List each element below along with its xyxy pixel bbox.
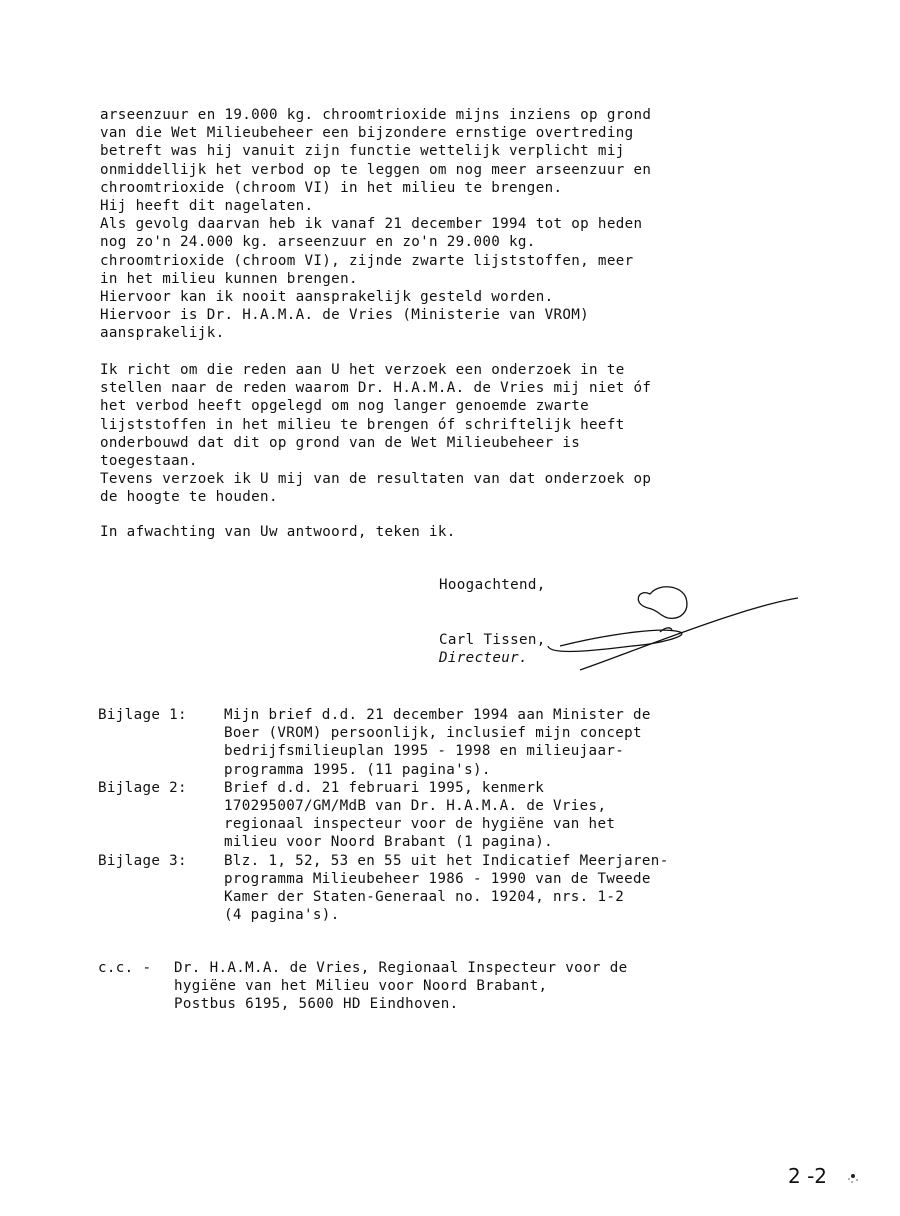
enclosure-description: Mijn brief d.d. 21 december 1994 aan Min… bbox=[224, 706, 651, 779]
text-line: Postbus 6195, 5600 HD Eindhoven. bbox=[174, 995, 627, 1013]
cc-recipient: Dr. H.A.M.A. de Vries, Regionaal Inspect… bbox=[174, 959, 627, 1014]
text-line: het verbod heeft opgelegd om nog langer … bbox=[100, 397, 651, 415]
text-line: onderbouwd dat dit op grond van de Wet M… bbox=[100, 434, 651, 452]
text-line: Tevens verzoek ik U mij van de resultate… bbox=[100, 470, 651, 488]
enclosure-label: Bijlage 2: bbox=[98, 779, 224, 852]
enclosure-label: Bijlage 1: bbox=[98, 706, 224, 779]
text-line: nog zo'n 24.000 kg. arseenzuur en zo'n 2… bbox=[100, 233, 651, 251]
text-line: 170295007/GM/MdB van Dr. H.A.M.A. de Vri… bbox=[224, 797, 615, 815]
text-line: Mijn brief d.d. 21 december 1994 aan Min… bbox=[224, 706, 651, 724]
text-line: van die Wet Milieubeheer een bijzondere … bbox=[100, 124, 651, 142]
text-line: Blz. 1, 52, 53 en 55 uit het Indicatief … bbox=[224, 852, 669, 870]
text-line: In afwachting van Uw antwoord, teken ik. bbox=[100, 523, 456, 541]
page-number: 2 -2 bbox=[788, 1164, 827, 1188]
text-line: Ik richt om die reden aan U het verzoek … bbox=[100, 361, 651, 379]
text-line: programma Milieubeheer 1986 - 1990 van d… bbox=[224, 870, 669, 888]
signer-block: Carl Tissen, Directeur. bbox=[439, 631, 546, 667]
text-line: Kamer der Staten-Generaal no. 19204, nrs… bbox=[224, 888, 669, 906]
paragraph-awaiting: In afwachting van Uw antwoord, teken ik. bbox=[100, 523, 456, 541]
text-line: programma 1995. (11 pagina's). bbox=[224, 761, 651, 779]
text-line: aansprakelijk. bbox=[100, 324, 651, 342]
text-line: Boer (VROM) persoonlijk, inclusief mijn … bbox=[224, 724, 651, 742]
handwritten-signature bbox=[540, 576, 810, 676]
text-line: Hiervoor is Dr. H.A.M.A. de Vries (Minis… bbox=[100, 306, 651, 324]
paragraph-request: Ik richt om die reden aan U het verzoek … bbox=[100, 361, 651, 507]
text-line: milieu voor Noord Brabant (1 pagina). bbox=[224, 833, 615, 851]
text-line: betreft was hij vanuit zijn functie wett… bbox=[100, 142, 651, 160]
text-line: hygiëne van het Milieu voor Noord Braban… bbox=[174, 977, 627, 995]
enclosure-item: Bijlage 1:Mijn brief d.d. 21 december 19… bbox=[98, 706, 669, 779]
text-line: Als gevolg daarvan heb ik vanaf 21 decem… bbox=[100, 215, 651, 233]
closing-salutation: Hoogachtend, bbox=[439, 576, 546, 594]
enclosure-item: Bijlage 3:Blz. 1, 52, 53 en 55 uit het I… bbox=[98, 852, 669, 925]
text-line: arseenzuur en 19.000 kg. chroomtrioxide … bbox=[100, 106, 651, 124]
stamp-mark-icon bbox=[846, 1170, 860, 1184]
text-line: bedrijfsmilieuplan 1995 - 1998 en milieu… bbox=[224, 742, 651, 760]
text-line: chroomtrioxide (chroom VI) in het milieu… bbox=[100, 179, 651, 197]
text-line: Brief d.d. 21 februari 1995, kenmerk bbox=[224, 779, 615, 797]
text-line: chroomtrioxide (chroom VI), zijnde zwart… bbox=[100, 252, 651, 270]
enclosure-description: Brief d.d. 21 februari 1995, kenmerk1702… bbox=[224, 779, 615, 852]
text-line: onmiddellijk het verbod op te leggen om … bbox=[100, 161, 651, 179]
enclosure-description: Blz. 1, 52, 53 en 55 uit het Indicatief … bbox=[224, 852, 669, 925]
carbon-copy: c.c. - Dr. H.A.M.A. de Vries, Regionaal … bbox=[98, 959, 627, 1014]
letter-page: arseenzuur en 19.000 kg. chroomtrioxide … bbox=[0, 0, 900, 1216]
text-line: regionaal inspecteur voor de hygiëne van… bbox=[224, 815, 615, 833]
text-line: stellen naar de reden waarom Dr. H.A.M.A… bbox=[100, 379, 651, 397]
text-line: Hij heeft dit nagelaten. bbox=[100, 197, 651, 215]
enclosure-label: Bijlage 3: bbox=[98, 852, 224, 925]
enclosure-item: Bijlage 2:Brief d.d. 21 februari 1995, k… bbox=[98, 779, 669, 852]
text-line: lijststoffen in het milieu te brengen óf… bbox=[100, 416, 651, 434]
enclosures-list: Bijlage 1:Mijn brief d.d. 21 december 19… bbox=[98, 706, 669, 924]
signer-name: Carl Tissen, bbox=[439, 631, 546, 649]
paragraph-violation: arseenzuur en 19.000 kg. chroomtrioxide … bbox=[100, 106, 651, 342]
text-line: in het milieu kunnen brengen. bbox=[100, 270, 651, 288]
cc-label: c.c. - bbox=[98, 959, 174, 1014]
text-line: toegestaan. bbox=[100, 452, 651, 470]
text-line: de hoogte te houden. bbox=[100, 488, 651, 506]
text-line: Dr. H.A.M.A. de Vries, Regionaal Inspect… bbox=[174, 959, 627, 977]
text-line: (4 pagina's). bbox=[224, 906, 669, 924]
text-line: Hiervoor kan ik nooit aansprakelijk gest… bbox=[100, 288, 651, 306]
signer-title: Directeur. bbox=[439, 649, 546, 667]
